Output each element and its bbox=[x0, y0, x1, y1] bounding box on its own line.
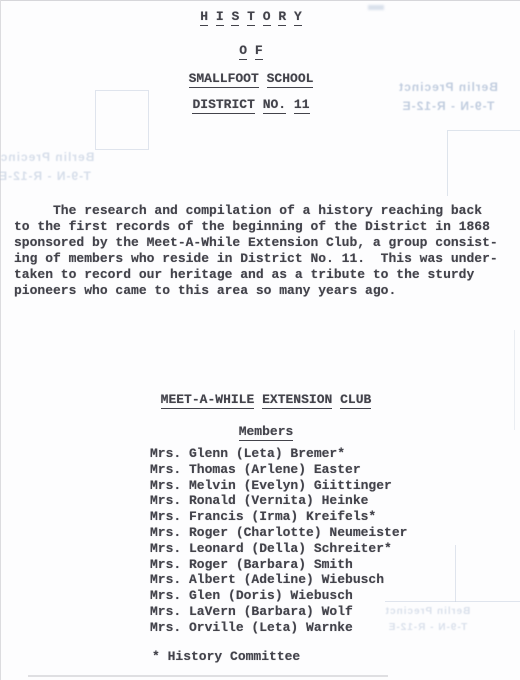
bleedthrough-map-line bbox=[447, 130, 520, 196]
member-row: Mrs. Ronald (Vernita) Heinke bbox=[150, 493, 407, 509]
club-heading: MEET-A-WHILE EXTENSION CLUB bbox=[6, 392, 520, 407]
bleedthrough-line: T-9-N - R-12-E bbox=[0, 167, 127, 186]
bleedthrough-text-left: Berlin Precinct T-9-N - R-12-E bbox=[0, 148, 127, 186]
member-row: Mrs. Thomas (Arlene) Easter bbox=[150, 462, 407, 478]
member-row: Mrs. Orville (Leta) Warnke bbox=[150, 620, 407, 636]
member-row: Mrs. Melvin (Evelyn) Giittinger bbox=[150, 478, 407, 494]
member-row: Mrs. Roger (Barbara) Smith bbox=[150, 557, 407, 573]
bleedthrough-map-line bbox=[455, 545, 456, 602]
member-row: Mrs. Roger (Charlotte) Neumeister bbox=[150, 525, 407, 541]
member-row: Mrs. Leonard (Della) Schreiter* bbox=[150, 541, 407, 557]
paragraph-line: ing of members who reside in District No… bbox=[14, 251, 510, 267]
paragraph-line: pioneers who came to this area so many y… bbox=[14, 283, 510, 299]
bleedthrough-map-line bbox=[514, 330, 515, 430]
members-heading: Members bbox=[6, 424, 520, 439]
paragraph-line: sponsored by the Meet-A-While Extension … bbox=[14, 235, 510, 251]
paragraph-line: The research and compilation of a histor… bbox=[14, 203, 510, 219]
member-row: Mrs. Francis (Irma) Kreifels* bbox=[150, 509, 407, 525]
title-history: H I S T O R Y bbox=[0, 9, 511, 24]
history-committee-footnote: * History Committee bbox=[152, 649, 300, 664]
introduction-paragraph: The research and compilation of a histor… bbox=[14, 203, 510, 299]
member-row: Mrs. Glen (Doris) Wiebusch bbox=[150, 588, 407, 604]
member-row: Mrs. Albert (Adeline) Wiebusch bbox=[150, 572, 407, 588]
member-row: Mrs. Glenn (Leta) Bremer* bbox=[150, 446, 407, 462]
bleedthrough-line: Berlin Precinct bbox=[0, 148, 127, 167]
paragraph-line: to the first records of the beginning of… bbox=[14, 219, 510, 235]
paragraph-line: taken to record our heritage and as a tr… bbox=[14, 267, 510, 283]
title-school-name: SMALLFOOT SCHOOL bbox=[0, 71, 511, 86]
member-row: Mrs. LaVern (Barbara) Wolf bbox=[150, 604, 407, 620]
scan-edge-top bbox=[0, 0, 520, 1]
member-list: Mrs. Glenn (Leta) Bremer*Mrs. Thomas (Ar… bbox=[150, 446, 407, 636]
title-district-number: DISTRICT NO. 11 bbox=[0, 97, 511, 112]
scanned-document-page: Berlin Precinct T-9-N - R-12-E Berlin Pr… bbox=[0, 0, 520, 680]
title-of: O F bbox=[0, 43, 511, 58]
next-page-edge bbox=[28, 675, 388, 677]
